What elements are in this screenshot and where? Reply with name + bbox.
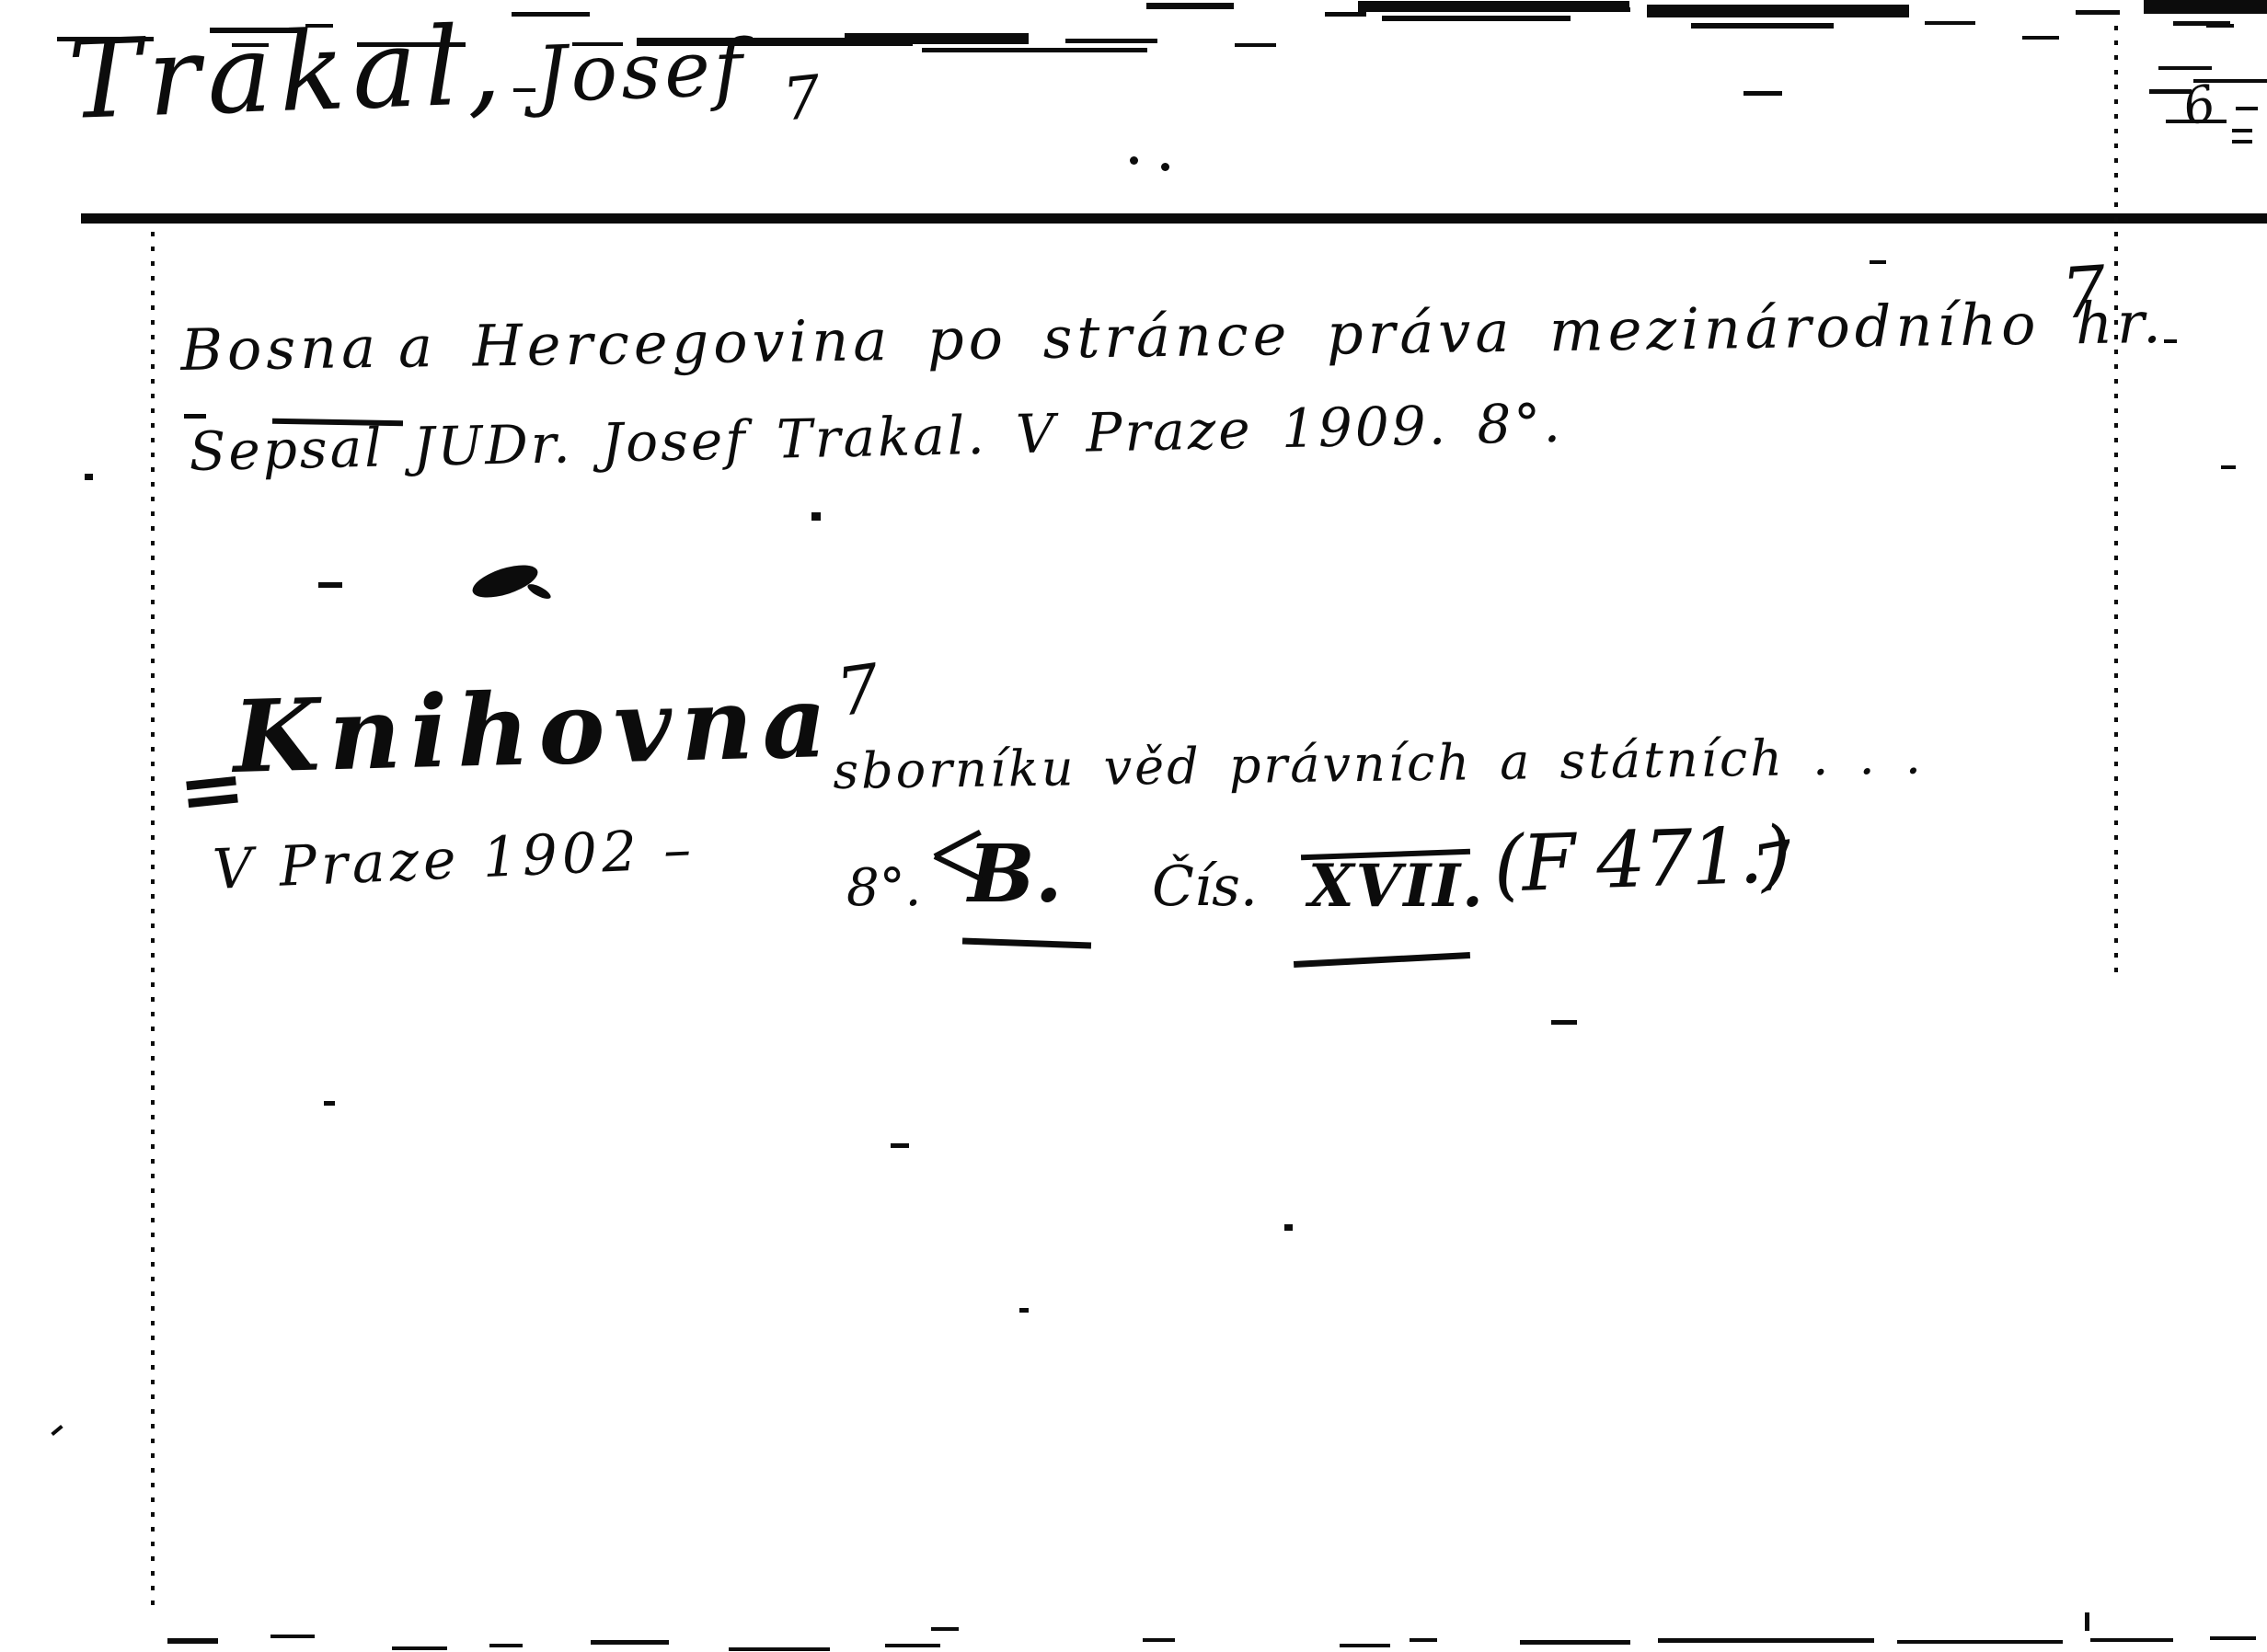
noise-speck	[2232, 129, 2252, 132]
author-heading: Trakal, Josef	[66, 2, 747, 134]
noise-speck	[922, 48, 1147, 52]
noise-speck	[324, 1101, 335, 1106]
series-number: XVII.	[1308, 857, 1484, 916]
divider-rule	[81, 213, 2267, 224]
noise-speck	[1325, 12, 1366, 17]
noise-speck	[489, 1644, 523, 1647]
noise-speck	[1925, 21, 1975, 25]
ink-speck	[1161, 163, 1169, 171]
noise-speck	[2158, 66, 2212, 70]
noise-speck	[2206, 24, 2234, 28]
author-surname: Trakal,	[66, 10, 510, 134]
noise-speck	[1019, 1308, 1029, 1313]
section-underline	[962, 938, 1091, 949]
noise-speck	[1382, 16, 1571, 21]
noise-speck	[1897, 1640, 2063, 1644]
right-margin-dotted-line	[2114, 26, 2118, 982]
noise-speck	[2022, 36, 2059, 40]
noise-speck	[167, 1638, 218, 1644]
ink-smudge	[468, 558, 541, 603]
noise-speck	[1143, 1638, 1175, 1642]
noise-speck	[845, 33, 1029, 44]
title-word-underlined: Bosna	[180, 314, 381, 384]
noise-speck	[931, 1627, 959, 1631]
series-format: 8°.	[846, 863, 921, 914]
noise-speck	[1284, 1224, 1293, 1231]
series-caret-mark: 7	[833, 655, 883, 727]
noise-speck	[2085, 1612, 2089, 1631]
noise-speck	[2076, 10, 2120, 15]
noise-speck	[885, 1644, 940, 1647]
series-place-date: V Praze 1902 –	[212, 821, 696, 898]
number-underline	[1294, 952, 1470, 968]
ink-speck	[1130, 156, 1138, 165]
noise-speck	[51, 1425, 63, 1436]
noise-speck	[2221, 465, 2236, 469]
ink-smudge	[525, 581, 552, 602]
left-margin-dotted-line	[151, 232, 155, 1608]
noise-speck	[591, 1640, 669, 1645]
title-rest: a Hercegovina po stránce práva mezinárod…	[398, 289, 2167, 381]
series-subtitle: sborníku věd právních a státních . . .	[833, 731, 1924, 797]
noise-speck	[1691, 23, 1834, 29]
noise-speck	[270, 1635, 315, 1638]
imprint-line: Sepsal JUDr. Josef Trakal. V Praze 1909.…	[189, 396, 1563, 478]
noise-speck	[1575, 7, 1630, 12]
title-underline-mark	[184, 414, 206, 419]
noise-speck	[318, 582, 342, 588]
noise-speck	[1551, 1020, 1577, 1025]
noise-speck	[2164, 339, 2177, 343]
author-forename: Josef	[535, 29, 747, 113]
noise-speck	[729, 1647, 830, 1651]
noise-speck	[1340, 1644, 1390, 1647]
series-number-label: Čís.	[1152, 859, 1258, 914]
heading-check-mark: 7	[780, 68, 823, 131]
noise-speck	[1146, 3, 1234, 9]
noise-speck	[1658, 1638, 1874, 1643]
noise-speck	[1743, 91, 1782, 96]
title-check-mark: 7	[2059, 257, 2109, 329]
noise-speck	[2090, 1638, 2173, 1642]
noise-speck	[891, 1143, 909, 1148]
noise-speck	[1840, 13, 1877, 17]
series-title: Knihovna	[232, 672, 837, 787]
noise-speck	[1410, 1638, 1437, 1642]
noise-speck	[1235, 43, 1276, 47]
catalog-card: Trakal, Josef 7 6 Bosnaa Hercegovina po …	[0, 0, 2267, 1652]
noise-speck	[2210, 1636, 2256, 1640]
title-line: Bosnaa Hercegovina po stránce práva mezi…	[180, 294, 2166, 379]
noise-speck	[1870, 260, 1886, 264]
noise-speck	[392, 1646, 447, 1650]
noise-speck	[1520, 1640, 1630, 1645]
noise-speck	[811, 512, 821, 521]
series-section: B.	[968, 835, 1063, 914]
call-number: (F 471.)	[1492, 816, 1790, 903]
corner-number: 6	[2179, 78, 2220, 133]
noise-speck	[85, 474, 93, 480]
noise-speck	[1065, 39, 1157, 43]
noise-speck	[2232, 140, 2252, 143]
noise-speck	[2236, 107, 2258, 110]
noise-speck	[2144, 0, 2267, 14]
noise-speck	[513, 88, 535, 92]
